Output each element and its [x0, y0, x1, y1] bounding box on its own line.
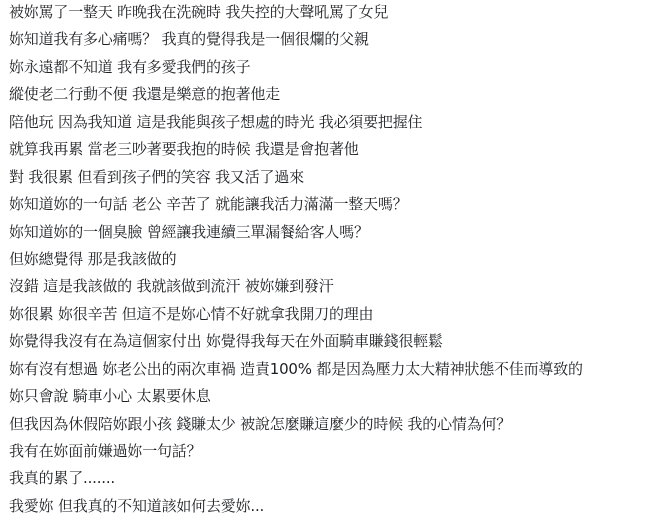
post-line: 但我因為休假陪妳跟小孩 錢賺太少 被說怎麼賺這麼少的時候 我的心情為何？ [9, 413, 659, 440]
post-line: 但妳總覺得 那是我該做的 [9, 248, 659, 275]
post-body: 被妳罵了一整天 昨晚我在洗碗時 我失控的大聲吼罵了女兒 妳知道我有多心痛嗎？ 我… [9, 1, 659, 522]
post-line: 妳覺得我沒有在為這個家付出 妳覺得我每天在外面騎車賺錢很輕鬆 [9, 330, 659, 357]
post-line: 妳永遠都不知道 我有多愛我們的孩子 [9, 56, 659, 83]
post-line: 妳知道妳的一個臭臉 曾經讓我連續三單漏餐給客人嗎？ [9, 221, 659, 248]
post-line: 我愛妳 但我真的不知道該如何去愛妳... [9, 495, 659, 522]
post-line: 陪他玩 因為我知道 這是我能與孩子想處的時光 我必須要把握住 [9, 111, 659, 138]
post-line: 沒錯 這是我該做的 我就該做到流汗 被妳嫌到發汗 [9, 275, 659, 302]
post-line: 我有在妳面前嫌過妳一句話？ [9, 440, 659, 467]
post-line: 妳很累 妳很辛苦 但這不是妳心情不好就拿我開刀的理由 [9, 303, 659, 330]
post-line: 我真的累了....... [9, 467, 659, 494]
post-line: 就算我再累 當老三吵著要我抱的時候 我還是會抱著他 [9, 138, 659, 165]
post-line: 妳有沒有想過 妳老公出的兩次車禍 造責100% 都是因為壓力太大精神狀態不佳而導… [9, 358, 659, 385]
post-line: 妳知道妳的一句話 老公 辛苦了 就能讓我活力滿滿一整天嗎？ [9, 193, 659, 220]
post-line: 縱使老二行動不便 我還是樂意的抱著他走 [9, 83, 659, 110]
post-line: 妳只會說 騎車小心 太累要休息 [9, 385, 659, 412]
post-line: 妳知道我有多心痛嗎？ 我真的覺得我是一個很爛的父親 [9, 28, 659, 55]
post-line: 被妳罵了一整天 昨晚我在洗碗時 我失控的大聲吼罵了女兒 [9, 1, 659, 28]
post-line: 對 我很累 但看到孩子們的笑容 我又活了過來 [9, 166, 659, 193]
